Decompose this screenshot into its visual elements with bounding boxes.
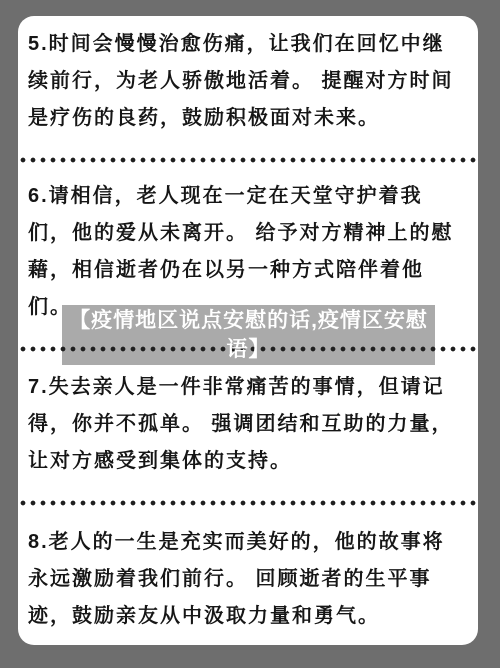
quote-item-8: 8.老人的一生是充实而美好的，他的故事将 永远激励着我们前行。 回顾逝者的生平事… bbox=[28, 524, 466, 635]
dashed-divider-3 bbox=[18, 500, 478, 506]
quote-item-5: 5.时间会慢慢治愈伤痛，让我们在回忆中继 续前行，为老人骄傲地活着。 提醒对方时… bbox=[28, 26, 466, 137]
subtitle-overlay: 【疫情地区说点安慰的话,疫情区安慰 语】 bbox=[62, 305, 435, 365]
dashed-divider-1 bbox=[18, 157, 478, 163]
content-card: 5.时间会慢慢治愈伤痛，让我们在回忆中继 续前行，为老人骄傲地活着。 提醒对方时… bbox=[18, 16, 478, 645]
page-background: 5.时间会慢慢治愈伤痛，让我们在回忆中继 续前行，为老人骄傲地活着。 提醒对方时… bbox=[0, 0, 500, 668]
quote-item-6: 6.请相信，老人现在一定在天堂守护着我 们，他的爱从未离开。 给予对方精神上的慰… bbox=[28, 178, 466, 326]
subtitle-text: 【疫情地区说点安慰的话,疫情区安慰 语】 bbox=[69, 306, 428, 364]
quote-item-7: 7.失去亲人是一件非常痛苦的事情，但请记 得，你并不孤单。 强调团结和互助的力量… bbox=[28, 369, 466, 480]
